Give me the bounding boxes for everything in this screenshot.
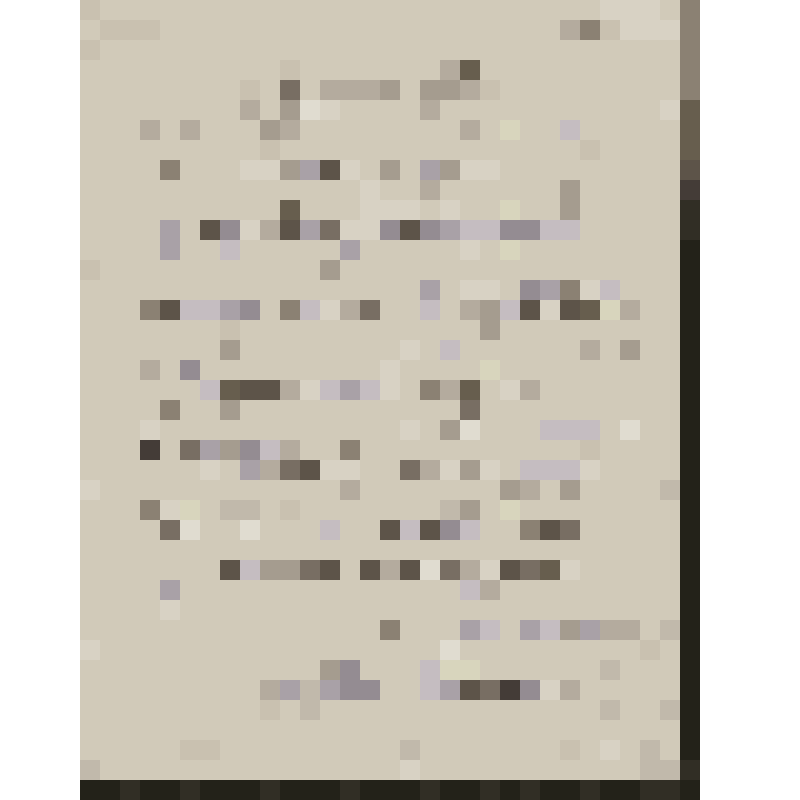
mosaic-block [600, 20, 620, 40]
mosaic-block [340, 480, 360, 500]
mosaic-block [120, 580, 140, 600]
mosaic-block [120, 560, 140, 580]
mosaic-block [600, 600, 620, 620]
mosaic-block [440, 80, 460, 100]
mosaic-block [140, 620, 160, 640]
mosaic-block [640, 400, 660, 420]
mosaic-block [520, 760, 540, 780]
mosaic-block [160, 320, 180, 340]
mosaic-block [300, 60, 320, 80]
mosaic-block [500, 380, 520, 400]
mosaic-block [400, 420, 420, 440]
mosaic-block [240, 500, 260, 520]
mosaic-block [360, 700, 380, 720]
mosaic-block [200, 140, 220, 160]
mosaic-block [640, 620, 660, 640]
mosaic-block [380, 120, 400, 140]
mosaic-block [440, 180, 460, 200]
mosaic-block [340, 80, 360, 100]
mosaic-block [140, 520, 160, 540]
mosaic-block [420, 60, 440, 80]
mosaic-block [200, 440, 220, 460]
mosaic-block [620, 240, 640, 260]
mosaic-block [380, 560, 400, 580]
mosaic-block [80, 400, 100, 420]
mosaic-block [300, 400, 320, 420]
mosaic-block [220, 600, 240, 620]
mosaic-block [380, 140, 400, 160]
mosaic-block [480, 620, 500, 640]
mosaic-block [180, 620, 200, 640]
mosaic-block [100, 220, 120, 240]
mosaic-block [540, 140, 560, 160]
mosaic-block [680, 700, 700, 720]
mosaic-block [460, 500, 480, 520]
mosaic-block [340, 240, 360, 260]
mosaic-block [640, 0, 660, 20]
mosaic-block [580, 340, 600, 360]
mosaic-block [140, 300, 160, 320]
mosaic-block [260, 640, 280, 660]
mosaic-block [640, 260, 660, 280]
mosaic-block [480, 740, 500, 760]
mosaic-block [460, 20, 480, 40]
mosaic-block [80, 100, 100, 120]
mosaic-block [500, 620, 520, 640]
mosaic-block [180, 160, 200, 180]
mosaic-block [280, 180, 300, 200]
mosaic-block [360, 100, 380, 120]
mosaic-block [320, 20, 340, 40]
mosaic-block [300, 620, 320, 640]
mosaic-block [680, 600, 700, 620]
mosaic-block [380, 100, 400, 120]
mosaic-block [480, 40, 500, 60]
mosaic-block [400, 640, 420, 660]
mosaic-block [100, 240, 120, 260]
mosaic-block [120, 540, 140, 560]
mosaic-block [560, 240, 580, 260]
mosaic-block [300, 640, 320, 660]
mosaic-block [580, 160, 600, 180]
mosaic-block [360, 680, 380, 700]
mosaic-block [460, 640, 480, 660]
mosaic-block [300, 0, 320, 20]
mosaic-block [200, 480, 220, 500]
mosaic-block [180, 480, 200, 500]
mosaic-block [620, 740, 640, 760]
mosaic-block [140, 720, 160, 740]
mosaic-block [500, 660, 520, 680]
mosaic-block [640, 660, 660, 680]
mosaic-block [200, 660, 220, 680]
mosaic-block [340, 700, 360, 720]
mosaic-block [660, 380, 680, 400]
mosaic-block [100, 300, 120, 320]
document-photo [80, 0, 700, 800]
mosaic-block [440, 500, 460, 520]
mosaic-block [400, 480, 420, 500]
mosaic-block [600, 680, 620, 700]
mosaic-block [260, 340, 280, 360]
mosaic-block [280, 160, 300, 180]
mosaic-block [240, 540, 260, 560]
mosaic-block [320, 240, 340, 260]
mosaic-block [680, 660, 700, 680]
mosaic-block [120, 320, 140, 340]
mosaic-block [540, 180, 560, 200]
mosaic-block [100, 60, 120, 80]
mosaic-block [280, 220, 300, 240]
mosaic-block [460, 400, 480, 420]
mosaic-block [360, 380, 380, 400]
mosaic-block [180, 100, 200, 120]
mosaic-block [320, 420, 340, 440]
mosaic-block [680, 220, 700, 240]
mosaic-block [460, 120, 480, 140]
mosaic-block [680, 720, 700, 740]
mosaic-block [580, 680, 600, 700]
mosaic-block [200, 80, 220, 100]
mosaic-block [160, 280, 180, 300]
mosaic-block [500, 60, 520, 80]
mosaic-block [460, 60, 480, 80]
mosaic-block [400, 160, 420, 180]
mosaic-block [240, 580, 260, 600]
mosaic-block [160, 440, 180, 460]
mosaic-block [380, 340, 400, 360]
mosaic-block [200, 200, 220, 220]
mosaic-block [220, 280, 240, 300]
mosaic-block [240, 400, 260, 420]
mosaic-block [680, 200, 700, 220]
mosaic-block [620, 400, 640, 420]
mosaic-block [460, 140, 480, 160]
mosaic-block [640, 420, 660, 440]
mosaic-block [200, 640, 220, 660]
mosaic-block [280, 460, 300, 480]
mosaic-block [360, 240, 380, 260]
mosaic-block [220, 720, 240, 740]
mosaic-block [500, 720, 520, 740]
mosaic-block [500, 80, 520, 100]
mosaic-block [360, 720, 380, 740]
mosaic-block [560, 440, 580, 460]
mosaic-block [600, 80, 620, 100]
mosaic-block [600, 660, 620, 680]
mosaic-block [500, 780, 520, 800]
mosaic-block [340, 0, 360, 20]
mosaic-block [180, 80, 200, 100]
mosaic-block [200, 600, 220, 620]
mosaic-block [560, 280, 580, 300]
mosaic-block [520, 200, 540, 220]
mosaic-block [120, 240, 140, 260]
mosaic-block [400, 620, 420, 640]
mosaic-block [580, 660, 600, 680]
mosaic-block [540, 200, 560, 220]
mosaic-block [80, 60, 100, 80]
mosaic-block [460, 700, 480, 720]
mosaic-block [680, 0, 700, 20]
mosaic-block [560, 180, 580, 200]
mosaic-block [200, 240, 220, 260]
mosaic-block [260, 620, 280, 640]
mosaic-block [380, 580, 400, 600]
mosaic-block [280, 380, 300, 400]
mosaic-block [380, 300, 400, 320]
mosaic-block [220, 740, 240, 760]
mosaic-block [80, 760, 100, 780]
mosaic-block [360, 440, 380, 460]
mosaic-block [580, 220, 600, 240]
mosaic-block [200, 680, 220, 700]
mosaic-block [680, 100, 700, 120]
mosaic-block [620, 320, 640, 340]
mosaic-block [620, 80, 640, 100]
mosaic-block [660, 640, 680, 660]
mosaic-block [240, 280, 260, 300]
mosaic-block [380, 240, 400, 260]
mosaic-block [100, 460, 120, 480]
mosaic-block [420, 520, 440, 540]
mosaic-block [80, 520, 100, 540]
mosaic-block [580, 40, 600, 60]
mosaic-block [260, 200, 280, 220]
mosaic-block [420, 740, 440, 760]
mosaic-block [160, 640, 180, 660]
mosaic-block [520, 220, 540, 240]
mosaic-block [360, 60, 380, 80]
mosaic-block [80, 620, 100, 640]
mosaic-block [560, 300, 580, 320]
mosaic-block [660, 320, 680, 340]
mosaic-block [80, 600, 100, 620]
mosaic-block [80, 40, 100, 60]
mosaic-block [680, 620, 700, 640]
mosaic-block [180, 580, 200, 600]
mosaic-block [240, 100, 260, 120]
mosaic-block [360, 540, 380, 560]
mosaic-block [240, 740, 260, 760]
mosaic-block [320, 640, 340, 660]
mosaic-block [360, 660, 380, 680]
mosaic-block [160, 120, 180, 140]
mosaic-block [220, 680, 240, 700]
mosaic-block [300, 300, 320, 320]
mosaic-block [540, 360, 560, 380]
mosaic-block [560, 60, 580, 80]
mosaic-block [160, 700, 180, 720]
mosaic-block [620, 600, 640, 620]
mosaic-block [660, 360, 680, 380]
mosaic-block [180, 380, 200, 400]
mosaic-block [140, 240, 160, 260]
mosaic-block [160, 100, 180, 120]
mosaic-block [120, 280, 140, 300]
mosaic-block [360, 280, 380, 300]
mosaic-block [220, 0, 240, 20]
mosaic-block [600, 740, 620, 760]
mosaic-block [320, 120, 340, 140]
mosaic-block [640, 680, 660, 700]
mosaic-block [680, 780, 700, 800]
mosaic-block [180, 340, 200, 360]
mosaic-block [260, 120, 280, 140]
mosaic-block [420, 700, 440, 720]
mosaic-block [560, 700, 580, 720]
mosaic-block [180, 540, 200, 560]
mosaic-block [440, 480, 460, 500]
mosaic-block [140, 600, 160, 620]
mosaic-block [660, 400, 680, 420]
mosaic-block [100, 80, 120, 100]
mosaic-block [180, 260, 200, 280]
mosaic-block [240, 460, 260, 480]
mosaic-block [560, 20, 580, 40]
mosaic-block [300, 120, 320, 140]
mosaic-block [180, 460, 200, 480]
mosaic-block [200, 300, 220, 320]
mosaic-block [560, 560, 580, 580]
mosaic-block [560, 140, 580, 160]
mosaic-block [180, 220, 200, 240]
mosaic-block [440, 780, 460, 800]
mosaic-block [660, 720, 680, 740]
mosaic-block [600, 0, 620, 20]
mosaic-block [240, 420, 260, 440]
mosaic-block [580, 740, 600, 760]
mosaic-block [320, 200, 340, 220]
mosaic-block [140, 740, 160, 760]
mosaic-block [380, 760, 400, 780]
mosaic-block [600, 380, 620, 400]
mosaic-block [300, 340, 320, 360]
mosaic-block [160, 480, 180, 500]
mosaic-block [260, 460, 280, 480]
mosaic-block [140, 0, 160, 20]
mosaic-block [680, 260, 700, 280]
mosaic-block [560, 580, 580, 600]
mosaic-block [500, 100, 520, 120]
mosaic-block [560, 100, 580, 120]
mosaic-block [240, 0, 260, 20]
mosaic-block [500, 700, 520, 720]
mosaic-block [680, 320, 700, 340]
mosaic-block [140, 660, 160, 680]
mosaic-block [620, 60, 640, 80]
mosaic-block [220, 700, 240, 720]
mosaic-block [460, 760, 480, 780]
mosaic-block [680, 580, 700, 600]
mosaic-block [260, 720, 280, 740]
mosaic-block [300, 740, 320, 760]
mosaic-block [140, 280, 160, 300]
mosaic-block [280, 320, 300, 340]
mosaic-block [220, 580, 240, 600]
mosaic-block [320, 720, 340, 740]
mosaic-block [520, 620, 540, 640]
mosaic-block [220, 100, 240, 120]
mosaic-block [560, 500, 580, 520]
mosaic-block [660, 660, 680, 680]
mosaic-block [240, 120, 260, 140]
mosaic-block [300, 280, 320, 300]
mosaic-block [500, 200, 520, 220]
mosaic-block [520, 400, 540, 420]
mosaic-block [240, 80, 260, 100]
mosaic-block [640, 320, 660, 340]
mosaic-block [520, 40, 540, 60]
mosaic-block [480, 500, 500, 520]
mosaic-block [180, 0, 200, 20]
mosaic-block [320, 620, 340, 640]
mosaic-block [380, 460, 400, 480]
mosaic-block [680, 180, 700, 200]
mosaic-block [240, 760, 260, 780]
mosaic-block [560, 420, 580, 440]
mosaic-block [320, 380, 340, 400]
mosaic-block [580, 420, 600, 440]
mosaic-block [320, 700, 340, 720]
mosaic-block [340, 740, 360, 760]
mosaic-block [460, 580, 480, 600]
mosaic-block [420, 500, 440, 520]
mosaic-block [600, 320, 620, 340]
mosaic-block [380, 180, 400, 200]
mosaic-block [340, 120, 360, 140]
mosaic-block [560, 740, 580, 760]
mosaic-block [300, 380, 320, 400]
mosaic-block [160, 200, 180, 220]
mosaic-block [540, 220, 560, 240]
mosaic-block [260, 20, 280, 40]
mosaic-block [520, 240, 540, 260]
mosaic-block [120, 440, 140, 460]
mosaic-block [360, 320, 380, 340]
mosaic-block [680, 560, 700, 580]
mosaic-block [380, 380, 400, 400]
mosaic-block [80, 780, 100, 800]
mosaic-block [80, 720, 100, 740]
mosaic-block [140, 180, 160, 200]
mosaic-block [560, 540, 580, 560]
mosaic-block [340, 300, 360, 320]
mosaic-block [500, 500, 520, 520]
mosaic-block [160, 740, 180, 760]
mosaic-block [400, 460, 420, 480]
mosaic-block [160, 600, 180, 620]
mosaic-block [400, 280, 420, 300]
mosaic-block [280, 280, 300, 300]
mosaic-block [480, 660, 500, 680]
mosaic-block [540, 760, 560, 780]
mosaic-block [200, 520, 220, 540]
mosaic-block [140, 260, 160, 280]
mosaic-block [80, 540, 100, 560]
mosaic-block [640, 760, 660, 780]
mosaic-block [300, 440, 320, 460]
mosaic-block [220, 200, 240, 220]
mosaic-block [280, 740, 300, 760]
mosaic-block [580, 140, 600, 160]
mosaic-block [400, 80, 420, 100]
mosaic-block [240, 20, 260, 40]
mosaic-block [360, 160, 380, 180]
mosaic-block [600, 400, 620, 420]
mosaic-block [280, 440, 300, 460]
mosaic-block [440, 440, 460, 460]
